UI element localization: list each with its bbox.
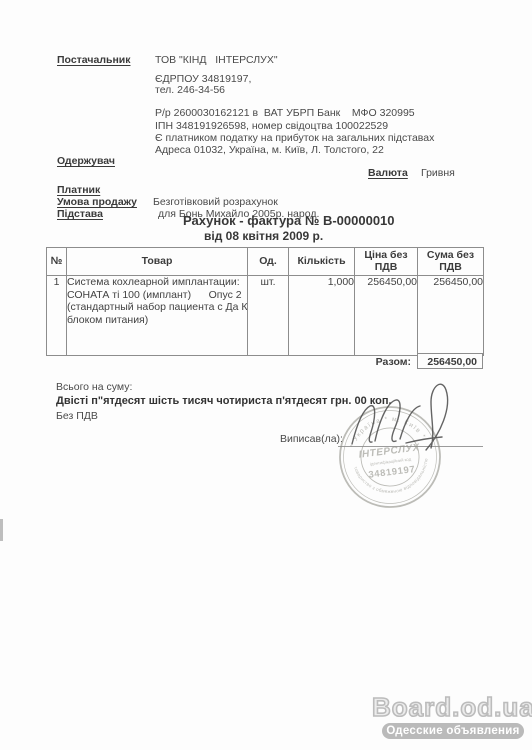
basis-label: Підстава [57,208,103,220]
item-unit: шт. [248,276,289,356]
supplier-address-line: Адреса 01032, Україна, м. Київ, Л. Толст… [155,144,384,156]
watermark-tagline: Одесские объявления [382,723,524,739]
col-header-price: Ціна без ПДВ [355,248,418,276]
watermark-logo: Board.od.ua [372,692,532,723]
currency-value: Гривня [421,167,455,179]
supplier-label: Постачальник [57,54,131,66]
item-product-line: СОНАТА ті 100 (имплант) Опус 2 [67,289,247,302]
item-quantity: 1,000 [289,276,355,356]
supplier-phone: тел. 246-34-56 [155,84,225,96]
col-header-number: № [47,248,67,276]
payer-label: Платник [57,184,100,196]
item-price: 256450,00 [355,276,418,356]
sale-terms-value: Безготівковий розрахунок [153,196,278,208]
receiver-label: Одержувач [57,155,115,167]
col-header-quantity: Кількість [289,248,355,276]
supplier-bank-line: Р/р 2600030162121 в ВАТ УБРП Банк МФО 32… [155,107,415,119]
item-product: Система кохлеарной имплантации: СОНАТА т… [67,276,248,356]
scan-artifact [0,519,3,541]
invoice-title: Рахунок - фактура № В-00000010 [183,213,395,228]
item-product-line: (стандартный набор пациента с Да Капо [67,301,247,314]
currency-label: Валюта [368,167,408,179]
signature-scribble-icon [330,370,470,460]
total-label: Разом: [331,356,411,368]
vat-note: Без ПДВ [56,410,98,422]
sale-terms-label: Умова продажу [57,196,137,208]
col-header-product: Товар [67,248,248,276]
item-sum: 256450,00 [418,276,484,356]
stamp-edrpou-code: 34819197 [368,464,416,481]
invoice-date: від 08 квітня 2009 р. [204,229,323,243]
item-product-line: блоком питания) [67,314,247,327]
scanned-invoice-page: Постачальник ТОВ "КІНД ІНТЕРСЛУХ" ЄДРПОУ… [0,0,532,750]
table-header-row: № Товар Од. Кількість Ціна без ПДВ Сума … [47,248,484,276]
col-header-sum: Сума без ПДВ [418,248,484,276]
item-product-line: Система кохлеарной имплантации: [67,276,247,289]
item-number: 1 [47,276,67,356]
supplier-name: ТОВ "КІНД ІНТЕРСЛУХ" [155,54,278,66]
supplier-tax-line: Є платником податку на прибуток на загал… [155,132,434,144]
total-value-box: 256450,00 [417,353,483,369]
summary-heading: Всього на суму: [56,381,132,393]
table-row: 1 Система кохлеарной имплантации: СОНАТА… [47,276,484,356]
supplier-ipn-line: ІПН 348191926598, номер свідоцтва 100022… [155,120,388,132]
items-table: № Товар Од. Кількість Ціна без ПДВ Сума … [46,247,484,356]
col-header-unit: Од. [248,248,289,276]
